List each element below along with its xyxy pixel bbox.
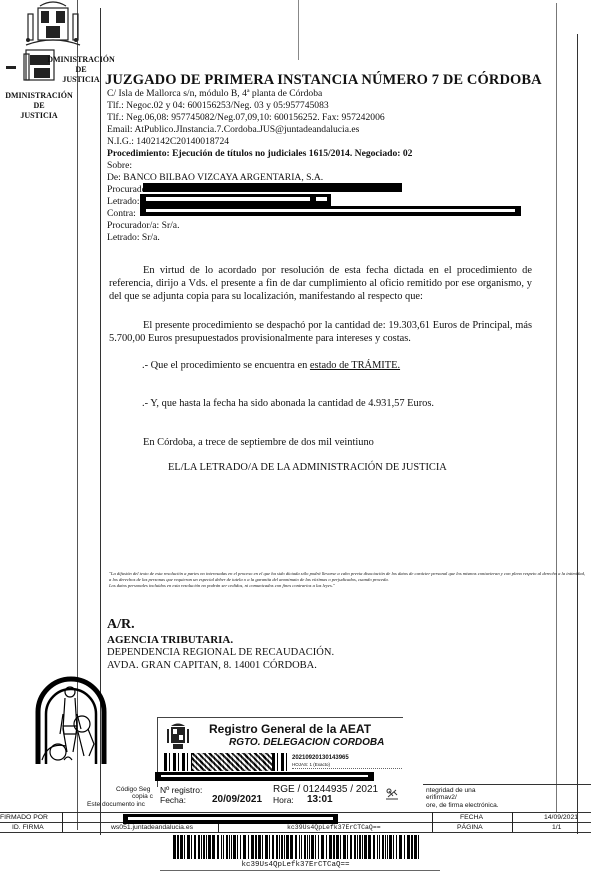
barcode-bar — [336, 835, 339, 859]
spain-coat-of-arms: DMINISTRACIÓN DE JUSTICIA — [6, 0, 102, 90]
court-title: JUZGADO DE PRIMERA INSTANCIA NÚMERO 7 DE… — [105, 72, 542, 89]
table-top-border — [0, 812, 591, 813]
csv-text-left-2: copia c — [132, 793, 153, 800]
stamp-matrix-code — [192, 753, 272, 771]
paid-amount-item: .- Y, que hasta la fecha ha sido abonada… — [142, 397, 434, 410]
right-margin-line — [556, 3, 557, 813]
barcode-bar — [173, 835, 176, 859]
barcode-bar — [359, 835, 361, 859]
barcode-bar — [248, 835, 249, 859]
barcode-bar — [299, 835, 300, 859]
barcode-bar — [269, 835, 270, 859]
barcode-bar — [368, 835, 371, 859]
barcode-bar — [251, 835, 254, 859]
barcode-bar — [240, 835, 241, 859]
barcode-bar — [223, 835, 224, 859]
barcode-bar — [393, 835, 394, 859]
barcode-bar — [373, 835, 375, 859]
barcode-bar — [194, 835, 196, 859]
recipient-agency: AGENCIA TRIBUTARIA. — [107, 634, 233, 646]
barcode-bar — [290, 835, 293, 859]
barcode-bar — [272, 835, 274, 859]
barcode-bar — [418, 835, 419, 859]
barcode-bar — [404, 835, 405, 859]
barcode-bar — [382, 835, 384, 859]
court-phone-1: Tlf.: Negoc.02 y 04: 600156253/Neg. 03 y… — [107, 100, 329, 112]
barcode-bar — [187, 835, 190, 859]
barcode-bar — [318, 835, 319, 859]
id-firma-label: ID. FIRMA — [12, 824, 44, 831]
paragraph-intro: En virtud de lo acordado por resolución … — [109, 264, 532, 304]
id-firma-host: ws051.juntadeandalucia.es — [111, 824, 193, 831]
right-margin-line-outer — [577, 34, 578, 834]
csv-text-left-3: Este documento inc — [87, 801, 145, 808]
csv-divider — [423, 784, 591, 785]
barcode-bar — [226, 835, 228, 859]
firmado-por-label: FIRMADO POR — [0, 814, 48, 821]
barcode-underline — [160, 870, 440, 871]
ministry-label-line: DE — [0, 101, 78, 111]
coat-text-line: DMINISTRACIÓN — [46, 55, 116, 65]
court-phone-2: Tlf.: Neg.06,08: 957745082/Neg.07,09,10:… — [107, 112, 385, 124]
csv-barcode — [173, 835, 421, 859]
barcode-bar — [217, 835, 219, 859]
table-col-divider — [62, 812, 63, 832]
fecha-label: Fecha: — [160, 795, 186, 805]
redaction-contra-inner — [146, 209, 515, 212]
barcode-bar — [350, 835, 352, 859]
barcode-bar — [389, 835, 392, 859]
legal-notice-1: "La difusión del texto de esta resolució… — [109, 571, 587, 583]
recipient-department: DEPENDENCIA REGIONAL DE RECAUDACIÓN. — [107, 647, 334, 658]
letrado-label: Letrado: — [107, 196, 140, 208]
barcode-bar — [212, 835, 215, 859]
barcode-bar — [231, 835, 232, 859]
barcode-bar — [180, 835, 183, 859]
barcode-bar — [221, 835, 222, 859]
barcode-bar — [198, 835, 200, 859]
barcode-bar — [191, 835, 192, 859]
stamp-seal-icon — [384, 787, 400, 801]
barcode-bar — [407, 835, 410, 859]
barcode-bar — [387, 835, 388, 859]
redaction-stamp-inner — [161, 775, 368, 777]
status-item: .- Que el procedimiento se encuentra en … — [142, 359, 400, 372]
id-firma-code: kc39Us4QpLefk37ErCTCaQ== — [287, 824, 381, 831]
barcode-bar — [357, 835, 358, 859]
barcode-bar — [208, 835, 211, 859]
redaction-letrado-inner — [146, 197, 310, 201]
barcode-bar — [343, 835, 346, 859]
barcode-bar — [284, 835, 285, 859]
fecha-label-footer: FECHA — [460, 814, 483, 821]
barcode-bar — [311, 835, 314, 859]
stamp-hojas: HOJAS: 1 (Exacto) — [292, 762, 330, 767]
paragraph-amount: El presente procedimiento se despachó po… — [109, 319, 532, 345]
barcode-bar — [385, 835, 386, 859]
barcode-bar — [399, 835, 402, 859]
legal-notice-2: Los datos personales incluidos en esta r… — [109, 583, 587, 589]
procurador-2: Procurador/a: Sr/a. — [107, 220, 179, 232]
barcode-bar — [258, 835, 261, 859]
redaction-procurador — [143, 183, 402, 192]
barcode-bar — [414, 835, 417, 859]
barcode-bar — [333, 835, 335, 859]
barcode-bar — [184, 835, 185, 859]
barcode-bar — [377, 835, 378, 859]
court-address: C/ Isla de Mallorca s/n, módulo B, 4ª pl… — [107, 88, 322, 100]
barcode-bar — [354, 835, 356, 859]
barcode-bar — [347, 835, 348, 859]
letrado-2: Letrado: Sr/a. — [107, 232, 160, 244]
barcode-bar — [396, 835, 397, 859]
csv-barcode-text: kc39Us4QpLefk37ErCTCaQ== — [0, 861, 591, 869]
barcode-bar — [301, 835, 302, 859]
status-item-prefix: .- Que el procedimiento se encuentra en — [142, 360, 310, 371]
nig-number: N.I.G.: 1402142C20140018724 — [107, 136, 229, 148]
stamp-code: 20210920130143965 — [292, 755, 349, 761]
barcode-bar — [286, 835, 289, 859]
legal-notice: "La difusión del texto de esta resolució… — [109, 571, 587, 589]
barcode-bar — [243, 835, 246, 859]
contra-label: Contra: — [107, 208, 136, 220]
signatory: EL/LA LETRADO/A DE LA ADMINISTRACIÓN DE … — [168, 461, 447, 474]
redaction-firmado-inner — [128, 817, 333, 820]
table-col-divider — [512, 812, 513, 832]
registro-label: Nº registro: — [160, 785, 202, 795]
barcode-bar — [326, 835, 327, 859]
procedure-line: Procedimiento: Ejecución de títulos no j… — [107, 148, 412, 160]
ministry-label: DMINISTRACIÓN DE JUSTICIA — [0, 91, 78, 121]
barcode-bar — [309, 835, 310, 859]
fecha-value-footer: 14/09/2021 — [544, 814, 578, 821]
status-value: estado de TRÁMITE. — [310, 360, 400, 371]
barcode-bar — [206, 835, 207, 859]
court-email: Email: AtPublico.JInstancia.7.Cordoba.JU… — [107, 124, 359, 136]
pagina-label: PÁGINA — [457, 824, 483, 831]
barcode-bar — [201, 835, 202, 859]
csv-text-left-1: Código Seg — [116, 786, 150, 793]
table-bottom-border — [0, 832, 591, 833]
place-date: En Córdoba, a trece de septiembre de dos… — [143, 436, 374, 449]
scan-artifact-line — [298, 0, 299, 60]
barcode-bar — [265, 835, 268, 859]
junta-andalucia-logo-icon — [34, 674, 108, 770]
barcode-bar — [295, 835, 297, 859]
barcode-bar — [364, 835, 367, 859]
hora-value: 13:01 — [307, 794, 333, 805]
barcode-bar — [255, 835, 257, 859]
csv-text-right-2: erifirmav2/ — [426, 794, 457, 801]
pagina-value: 1/1 — [552, 824, 561, 831]
barcode-bar — [281, 835, 283, 859]
barcode-bar — [321, 835, 324, 859]
barcode-bar — [304, 835, 306, 859]
barcode-bar — [379, 835, 380, 859]
barcode-bar — [177, 835, 179, 859]
barcode-bar — [411, 835, 413, 859]
barcode-bar — [262, 835, 263, 859]
barcode-bar — [279, 835, 280, 859]
barcode-bar — [203, 835, 205, 859]
csv-text-right-1: ntegridad de una — [426, 787, 476, 794]
stamp-subtitle: RGTO. DELEGACION CORDOBA — [229, 737, 384, 748]
sobre-line: Sobre: — [107, 160, 132, 172]
aeat-registry-stamp: Registro General de la AEAT RGTO. DELEGA… — [157, 717, 412, 804]
hora-label: Hora: — [273, 795, 294, 805]
barcode-bar — [315, 835, 316, 859]
barcode-bar — [229, 835, 230, 859]
table-col-divider — [432, 812, 433, 832]
ministry-label-line: JUSTICIA — [0, 111, 78, 121]
spain-coat-of-arms-icon — [165, 721, 191, 751]
barcode-bar — [237, 835, 238, 859]
barcode-bar — [276, 835, 278, 859]
redaction-letrado-inner — [316, 197, 327, 201]
ar-label: A/R. — [107, 617, 135, 633]
barcode-bar — [307, 835, 308, 859]
ministry-label-line: DMINISTRACIÓN — [0, 91, 78, 101]
barcode-bar — [362, 835, 363, 859]
barcode-bar — [340, 835, 341, 859]
csv-text-right-3: ore, de firma electrónica. — [426, 802, 499, 809]
fecha-value: 20/09/2021 — [212, 794, 262, 805]
barcode-bar — [233, 835, 236, 859]
recipient-address: AVDA. GRAN CAPITAN, 8. 14001 CÓRDOBA. — [107, 660, 317, 671]
barcode-bar — [329, 835, 332, 859]
stamp-title: Registro General de la AEAT — [209, 722, 371, 736]
